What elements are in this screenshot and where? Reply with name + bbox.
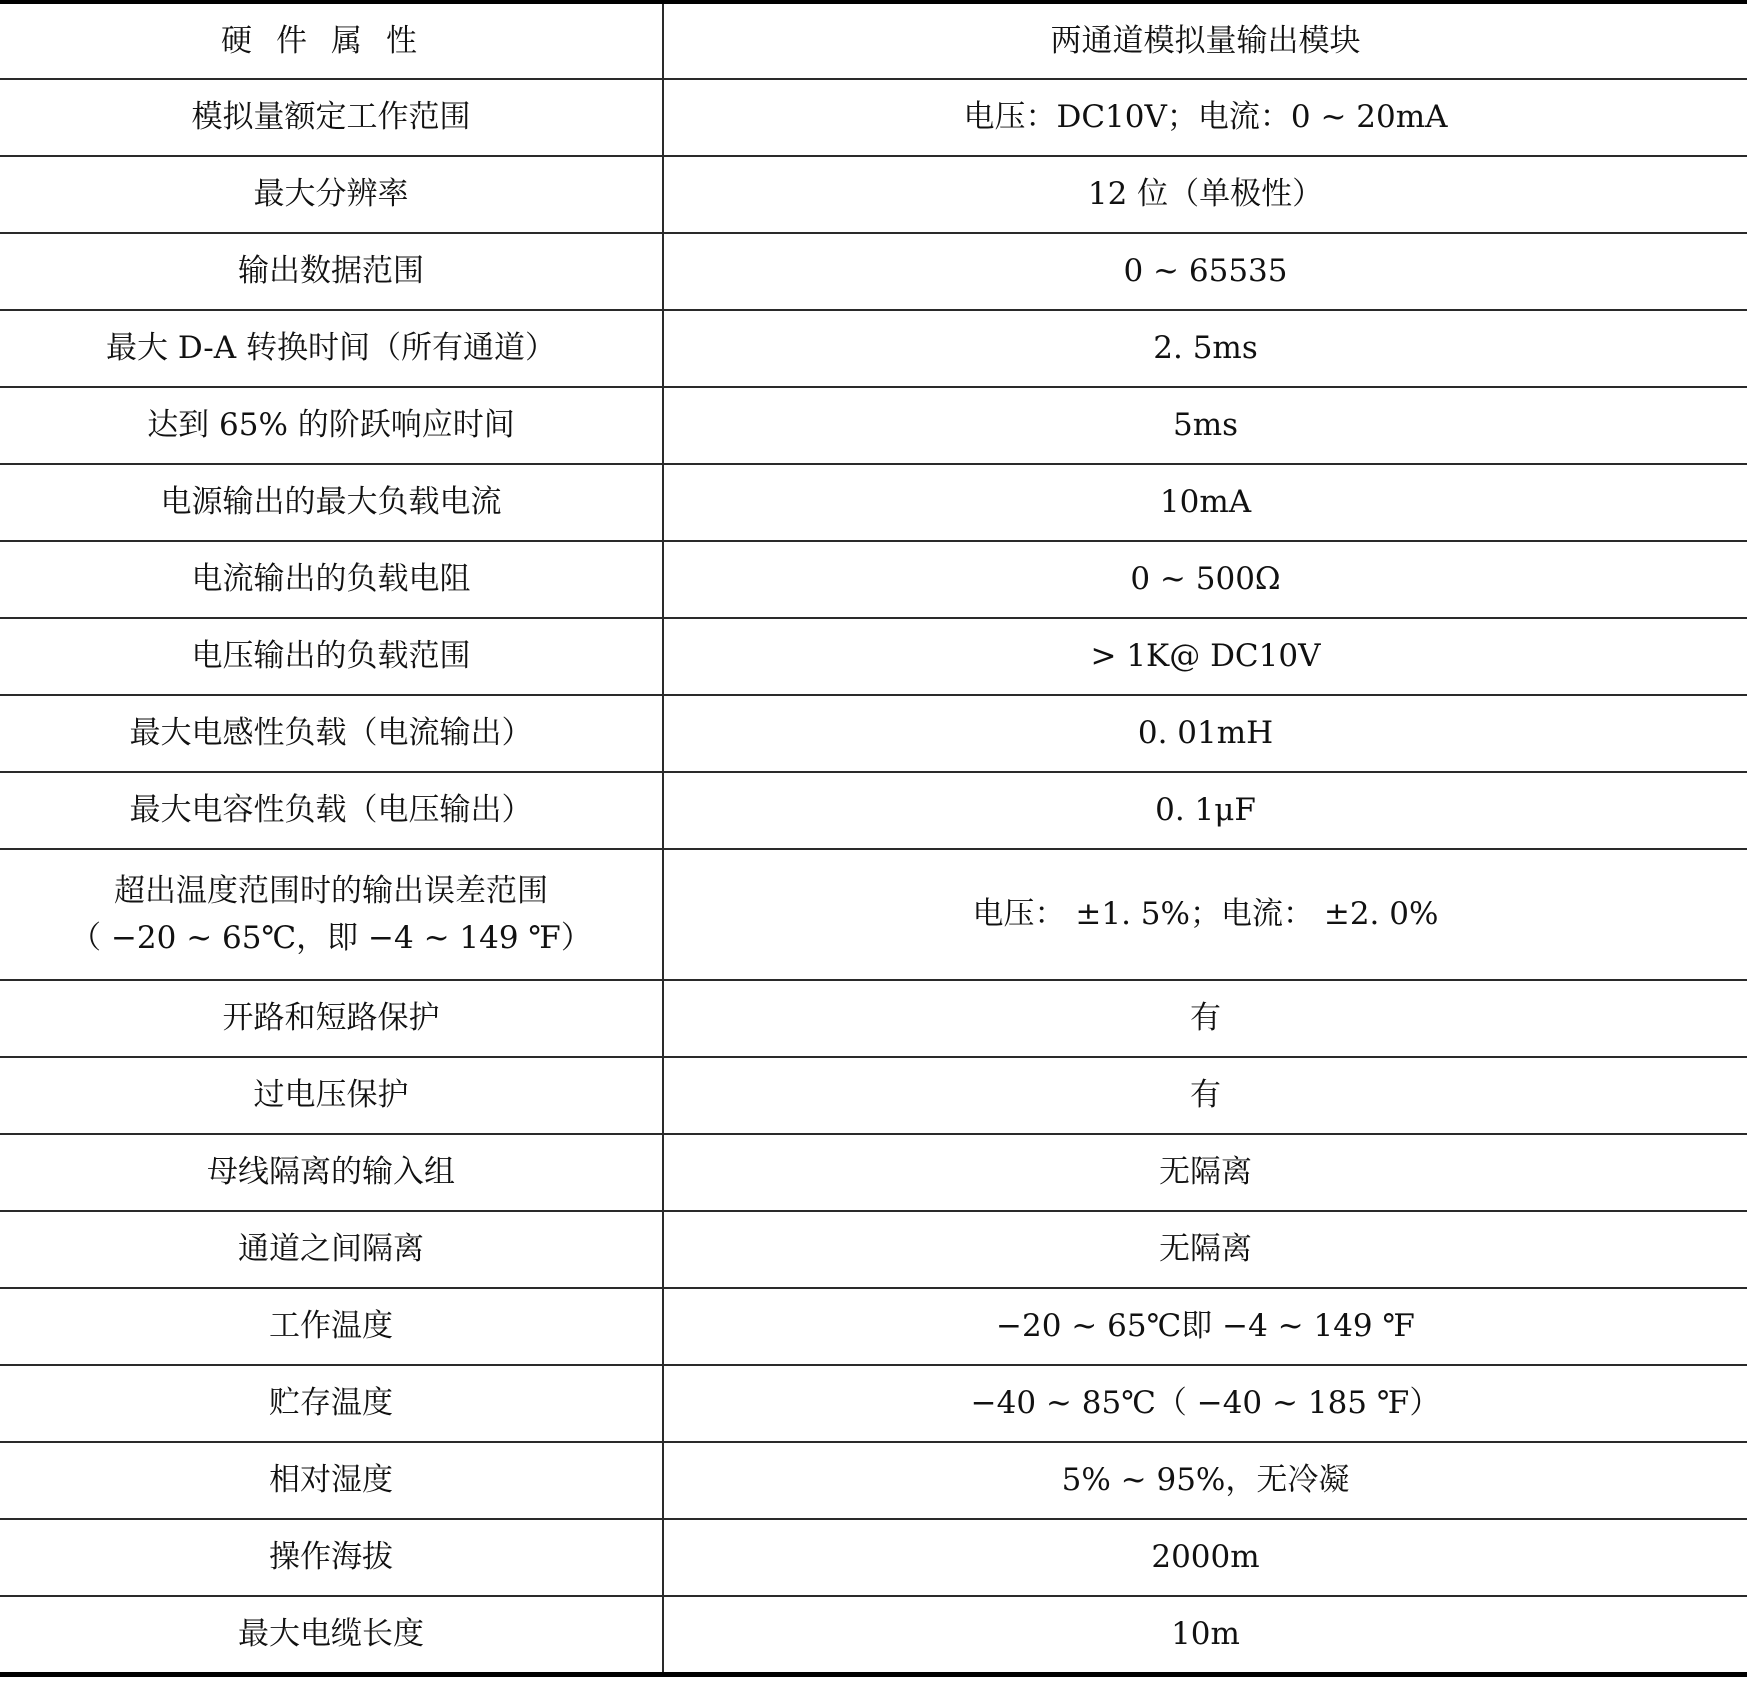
row-property: 最大电感性负载（电流输出） [0, 695, 663, 772]
table-row: 达到 65% 的阶跃响应时间 5ms [0, 387, 1747, 464]
table-row: 母线隔离的输入组 无隔离 [0, 1134, 1747, 1211]
table-row: 电源输出的最大负载电流 10mA [0, 464, 1747, 541]
table-row: 电压输出的负载范围 > 1K@ DC10V [0, 618, 1747, 695]
row-value: 有 [663, 980, 1747, 1057]
table-row: 超出温度范围时的输出误差范围 （ −20 ~ 65℃，即 −4 ~ 149 ℉）… [0, 849, 1747, 980]
row-value: −20 ~ 65℃即 −4 ~ 149 ℉ [663, 1288, 1747, 1365]
row-property: 输出数据范围 [0, 233, 663, 310]
row-value: 电压：DC10V；电流：0 ~ 20mA [663, 79, 1747, 156]
row-property: 模拟量额定工作范围 [0, 79, 663, 156]
row-value: 5ms [663, 387, 1747, 464]
header-property: 硬件属性 [0, 2, 663, 79]
table-row: 开路和短路保护 有 [0, 980, 1747, 1057]
table-row: 过电压保护 有 [0, 1057, 1747, 1134]
row-value: > 1K@ DC10V [663, 618, 1747, 695]
header-value: 两通道模拟量输出模块 [663, 2, 1747, 79]
table-row: 最大分辨率 12 位（单极性） [0, 156, 1747, 233]
spec-table: 硬件属性 两通道模拟量输出模块 模拟量额定工作范围 电压：DC10V；电流：0 … [0, 0, 1747, 1677]
table-row: 操作海拔 2000m [0, 1519, 1747, 1596]
row-value: −40 ~ 85℃（ −40 ~ 185 ℉） [663, 1365, 1747, 1442]
row-property: 最大 D-A 转换时间（所有通道） [0, 310, 663, 387]
row-property: 母线隔离的输入组 [0, 1134, 663, 1211]
table-row: 最大 D-A 转换时间（所有通道） 2. 5ms [0, 310, 1747, 387]
row-value: 12 位（单极性） [663, 156, 1747, 233]
row-value: 10m [663, 1596, 1747, 1675]
table-row: 贮存温度 −40 ~ 85℃（ −40 ~ 185 ℉） [0, 1365, 1747, 1442]
table-row: 相对湿度 5% ~ 95%，无冷凝 [0, 1442, 1747, 1519]
row-property: 最大电缆长度 [0, 1596, 663, 1675]
row-property: 最大电容性负载（电压输出） [0, 772, 663, 849]
row-property: 电源输出的最大负载电流 [0, 464, 663, 541]
table-row: 模拟量额定工作范围 电压：DC10V；电流：0 ~ 20mA [0, 79, 1747, 156]
row-value: 10mA [663, 464, 1747, 541]
row-property: 操作海拔 [0, 1519, 663, 1596]
table-row: 工作温度 −20 ~ 65℃即 −4 ~ 149 ℉ [0, 1288, 1747, 1365]
table-row: 最大电缆长度 10m [0, 1596, 1747, 1675]
table-row: 最大电感性负载（电流输出） 0. 01mH [0, 695, 1747, 772]
row-value: 无隔离 [663, 1134, 1747, 1211]
row-property: 电流输出的负载电阻 [0, 541, 663, 618]
row-property: 达到 65% 的阶跃响应时间 [0, 387, 663, 464]
row-property: 开路和短路保护 [0, 980, 663, 1057]
row-value: 无隔离 [663, 1211, 1747, 1288]
table-row: 电流输出的负载电阻 0 ~ 500Ω [0, 541, 1747, 618]
row-property: 超出温度范围时的输出误差范围 （ −20 ~ 65℃，即 −4 ~ 149 ℉） [0, 849, 663, 980]
row-value: 0 ~ 65535 [663, 233, 1747, 310]
table-header-row: 硬件属性 两通道模拟量输出模块 [0, 2, 1747, 79]
row-value: 5% ~ 95%，无冷凝 [663, 1442, 1747, 1519]
row-property: 工作温度 [0, 1288, 663, 1365]
row-property-line1: 超出温度范围时的输出误差范围 [0, 868, 662, 915]
table-row: 最大电容性负载（电压输出） 0. 1μF [0, 772, 1747, 849]
row-property: 电压输出的负载范围 [0, 618, 663, 695]
row-property-line2: （ −20 ~ 65℃，即 −4 ~ 149 ℉） [0, 915, 662, 962]
row-value: 0 ~ 500Ω [663, 541, 1747, 618]
row-value: 电压： ±1. 5%；电流： ±2. 0% [663, 849, 1747, 980]
row-property: 相对湿度 [0, 1442, 663, 1519]
row-property: 贮存温度 [0, 1365, 663, 1442]
table-row: 输出数据范围 0 ~ 65535 [0, 233, 1747, 310]
row-value: 2. 5ms [663, 310, 1747, 387]
row-property: 通道之间隔离 [0, 1211, 663, 1288]
row-value: 2000m [663, 1519, 1747, 1596]
row-value: 0. 01mH [663, 695, 1747, 772]
row-value: 0. 1μF [663, 772, 1747, 849]
row-property: 过电压保护 [0, 1057, 663, 1134]
row-value: 有 [663, 1057, 1747, 1134]
table-row: 通道之间隔离 无隔离 [0, 1211, 1747, 1288]
row-property: 最大分辨率 [0, 156, 663, 233]
